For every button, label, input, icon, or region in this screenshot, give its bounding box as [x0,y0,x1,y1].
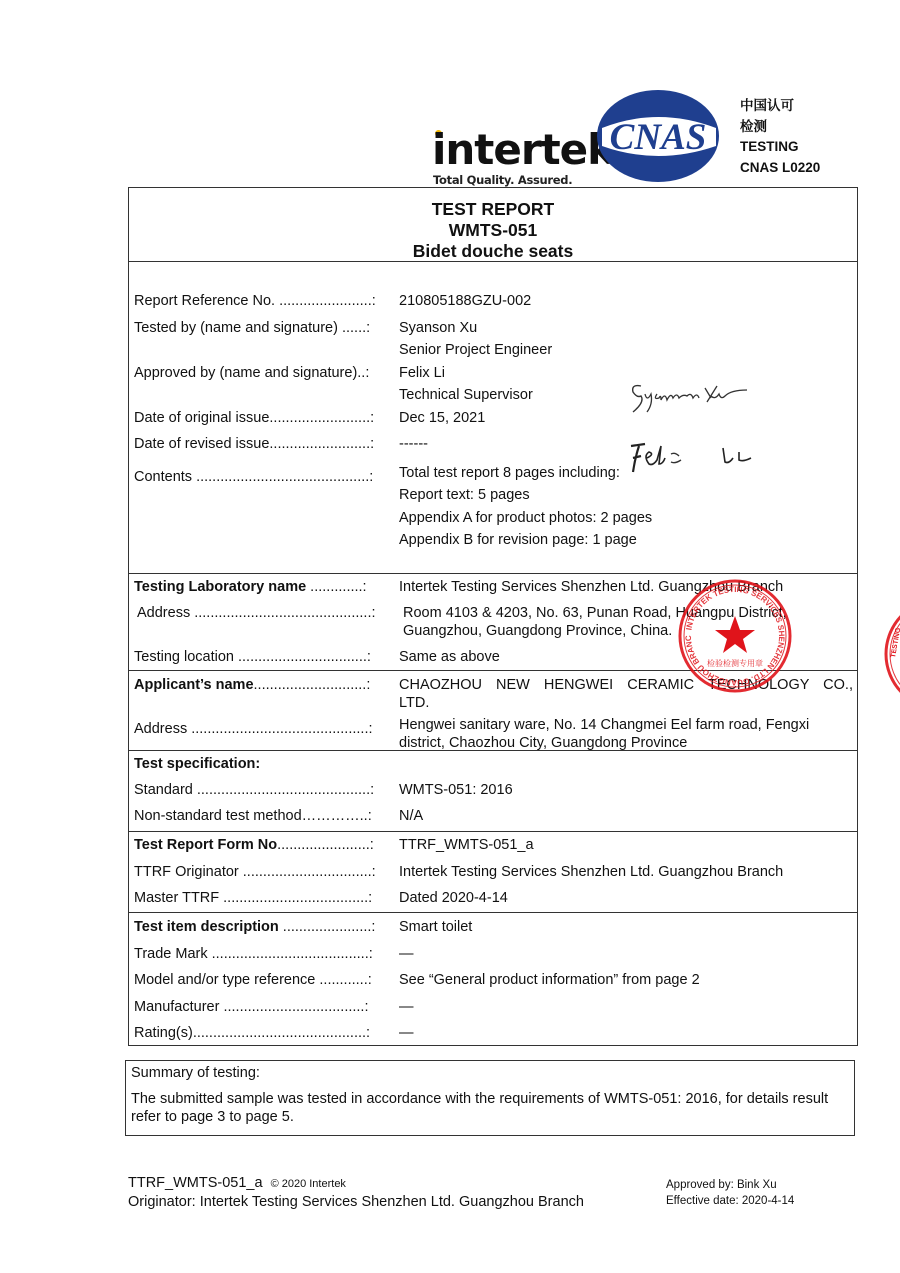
item-manufacturer-value: — [394,998,857,1025]
footer-approved-by: Approved by: Bink Xu [666,1177,794,1193]
cnas-caption-line: TESTING [740,137,820,158]
field-label: Standard ...............................… [129,781,394,807]
report-reference-value: 210805188GZU-002 [394,292,857,319]
lab-name-row: Testing Laboratory name .............: I… [129,578,857,604]
intertek-wordmark: intertek [432,126,614,174]
form-originator-value: Intertek Testing Services Shenzhen Ltd. … [394,863,857,890]
field-label: Non-standard test method…………..: [129,807,394,831]
lab-address-line: Guangzhou, Guangdong Province, China. [394,622,857,648]
tested-by-name: Syanson Xu [394,319,857,342]
cnas-logo: CNAS [594,88,724,184]
approved-by-signature [627,438,757,478]
field-label: Testing location .......................… [129,648,394,670]
contents-line: Appendix A for product photos: 2 pages [394,509,857,532]
field-label: Approved by (name and signature)..: [129,364,394,387]
field-label: Date of original issue..................… [129,409,394,436]
item-trade-mark-value: — [394,945,857,972]
report-info-section: Report Reference No. ...................… [129,262,857,574]
spec-standard-value: WMTS-051: 2016 [394,781,857,807]
cnas-logo-text: CNAS [610,117,707,158]
intertek-logo: intertek Total Quality. Assured. [432,126,592,188]
spec-standard-row: Standard ...............................… [129,781,857,807]
tested-by-title: Senior Project Engineer [394,341,857,364]
field-label: Report Reference No. ...................… [129,292,394,319]
spec-nonstandard-row: Non-standard test method…………..: N/A [129,807,857,831]
lab-address-line: Room 4103 & 4203, No. 63, Punan Road, Hu… [394,604,857,622]
applicant-address-value: Hengwei sanitary ware, No. 14 Changmei E… [394,716,857,752]
report-standard-id: WMTS-051 [129,220,857,241]
approved-by-title: Technical Supervisor [394,386,857,409]
footer-originator: Originator: Intertek Testing Services Sh… [128,1193,584,1211]
summary-text: The submitted sample was tested in accor… [131,1090,849,1126]
item-description-row: Test item description ..................… [129,918,857,945]
cnas-caption-line: CNAS L0220 [740,158,820,179]
info-row-tested-title: Senior Project Engineer [129,341,857,364]
tested-by-signature [627,378,752,416]
summary-title: Summary of testing: [131,1064,849,1082]
field-label: Test Report Form No.....................… [129,836,394,863]
lab-name-value: Intertek Testing Services Shenzhen Ltd. … [394,578,857,604]
report-title: TEST REPORT [129,199,857,220]
field-label: Model and/or type reference ............… [129,971,394,998]
item-rating-value: — [394,1024,857,1046]
field-label: Master TTRF ............................… [129,889,394,913]
applicant-address-row: Address ................................… [129,716,857,752]
laboratory-section: Testing Laboratory name .............: I… [129,574,857,671]
footer-form-id: TTRF_WMTS-051_a [128,1175,263,1191]
report-subject: Bidet douche seats [129,241,857,262]
cnas-caption: 中国认可 检测 TESTING CNAS L0220 [740,96,820,178]
contents-line: Total test report 8 pages including: [394,464,857,487]
field-label: Address ................................… [129,716,394,752]
form-section: Test Report Form No.....................… [129,832,857,913]
item-manufacturer-row: Manufacturer ...........................… [129,998,857,1025]
applicant-section: Applicant’s name........................… [129,671,857,751]
spec-nonstandard-value: N/A [394,807,857,831]
form-originator-row: TTRF Originator ........................… [129,863,857,890]
field-label: Applicant’s name........................… [129,676,394,716]
test-item-section: Test item description ..................… [129,913,857,1045]
item-trade-mark-row: Trade Mark .............................… [129,945,857,972]
svg-text:TESTING: TESTING [890,627,900,659]
field-label: Testing Laboratory name .............: [129,578,394,604]
field-label: TTRF Originator ........................… [129,863,394,890]
item-model-row: Model and/or type reference ............… [129,971,857,998]
item-description-value: Smart toilet [394,918,857,945]
spec-heading: Test specification: [129,755,394,781]
info-row-tested-by: Tested by (name and signature) ......: S… [129,319,857,342]
lab-location-row: Testing location .......................… [129,648,857,670]
field-label: Trade Mark .............................… [129,945,394,972]
field-label: Tested by (name and signature) ......: [129,319,394,342]
footer-left: TTRF_WMTS-051_a© 2020 Intertek Originato… [128,1174,584,1211]
approved-by-name: Felix Li [394,364,857,387]
contents-line: Report text: 5 pages [394,486,857,509]
contents-line: Appendix B for revision page: 1 page [394,531,857,554]
original-issue-date: Dec 15, 2021 [394,409,857,436]
summary-box: Summary of testing: The submitted sample… [125,1060,855,1136]
company-seal-stamp-partial: TESTING [883,596,900,712]
spec-heading-row: Test specification: [129,755,857,781]
field-label: Contents ...............................… [129,464,394,487]
field-label: Manufacturer ...........................… [129,998,394,1025]
revised-issue-date: ------ [394,435,857,462]
specification-section: Test specification: Standard ...........… [129,751,857,832]
footer-copyright: © 2020 Intertek [271,1178,346,1190]
report-table: TEST REPORT WMTS-051 Bidet douche seats … [128,187,858,1046]
form-no-row: Test Report Form No.....................… [129,836,857,863]
intertek-tagline: Total Quality. Assured. [433,173,572,187]
cnas-caption-line: 检测 [740,117,820,138]
form-master-value: Dated 2020-4-14 [394,889,857,913]
applicant-name-value: CHAOZHOU NEW HENGWEI CERAMIC TECHNOLOGY … [394,676,857,716]
info-row-reference: Report Reference No. ...................… [129,292,857,319]
field-label: Test item description ..................… [129,918,394,945]
cnas-caption-line: 中国认可 [740,96,820,117]
footer-right: Approved by: Bink Xu Effective date: 202… [666,1177,794,1209]
lab-location-value: Same as above [394,648,857,670]
item-model-value: See “General product information” from p… [394,971,857,998]
footer-effective-date: Effective date: 2020-4-14 [666,1193,794,1209]
item-rating-row: Rating(s)...............................… [129,1024,857,1046]
lab-address-row: Address ................................… [129,604,857,622]
field-label: Address ................................… [129,604,394,622]
form-master-row: Master TTRF ............................… [129,889,857,913]
report-title-block: TEST REPORT WMTS-051 Bidet douche seats [129,188,857,262]
applicant-name-row: Applicant’s name........................… [129,676,857,716]
field-label: Rating(s)...............................… [129,1024,394,1046]
form-no-value: TTRF_WMTS-051_a [394,836,857,863]
field-label: Date of revised issue...................… [129,435,394,462]
